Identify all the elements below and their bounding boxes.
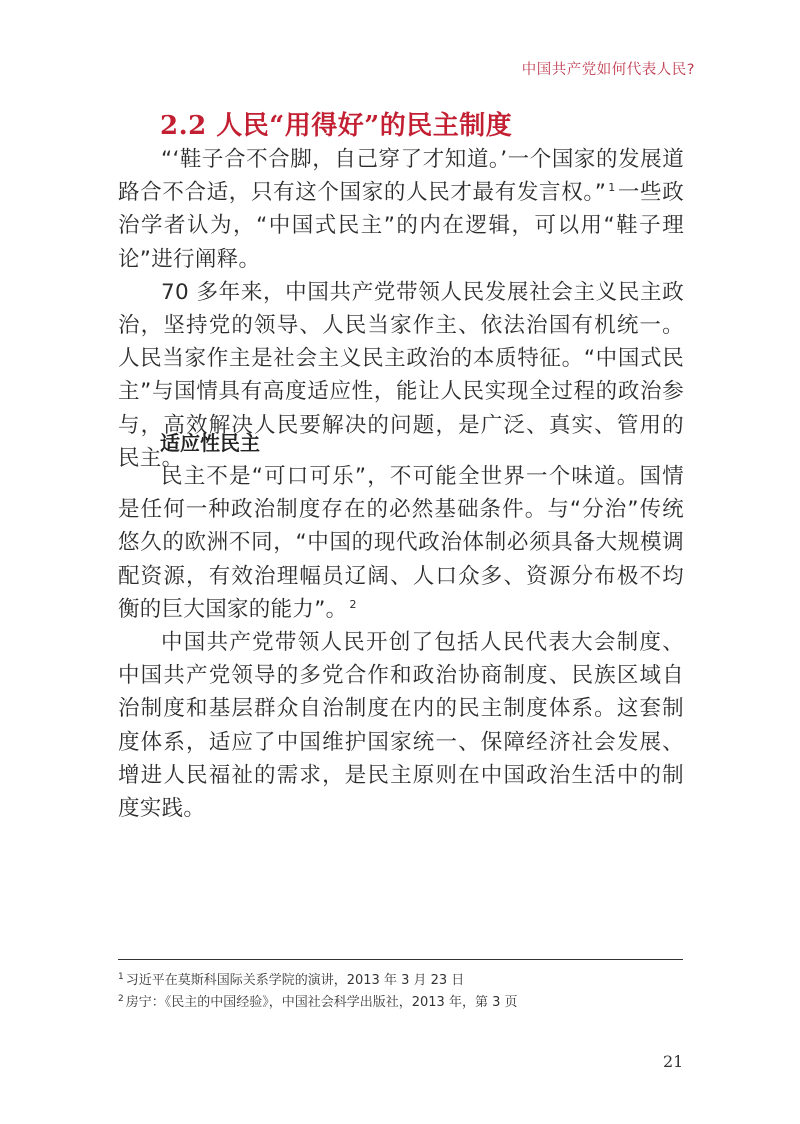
footnote-ref[interactable]: 2: [349, 598, 356, 611]
footnotes: 1习近平在莫斯科国际关系学院的演讲，2013 年 3 月 23 日 2房宁：《民…: [118, 970, 688, 1014]
footnote-number: 1: [118, 972, 124, 982]
running-header: 中国共产党如何代表人民?: [522, 58, 695, 79]
paragraph-text: “‘鞋子合不合脚，自己穿了才知道。’一个国家的发展道路合不合适，只有这个国家的人…: [118, 147, 684, 205]
page-number: 21: [663, 1052, 683, 1071]
footnote-number: 2: [118, 994, 124, 1004]
paragraph-text: 中国共产党带领人民开创了包括人民代表大会制度、中国共产党领导的多党合作和政治协商…: [118, 630, 684, 821]
subsection-body: 民主不是“可口可乐”，不可能全世界一个味道。国情是任何一种政治制度存在的必然基础…: [118, 460, 684, 825]
section-body: “‘鞋子合不合脚，自己穿了才知道。’一个国家的发展道路合不合适，只有这个国家的人…: [118, 143, 684, 475]
section-title: 2.2 人民“用得好”的民主制度: [160, 105, 512, 142]
footnote-2: 2房宁：《民主的中国经验》，中国社会科学出版社，2013 年，第 3 页: [118, 992, 688, 1014]
footnote-text: 习近平在莫斯科国际关系学院的演讲，2013 年 3 月 23 日: [126, 973, 465, 988]
footnote-1: 1习近平在莫斯科国际关系学院的演讲，2013 年 3 月 23 日: [118, 970, 688, 992]
footnote-ref[interactable]: 1: [608, 181, 615, 194]
paragraph: “‘鞋子合不合脚，自己穿了才知道。’一个国家的发展道路合不合适，只有这个国家的人…: [118, 143, 684, 276]
paragraph: 民主不是“可口可乐”，不可能全世界一个味道。国情是任何一种政治制度存在的必然基础…: [118, 460, 684, 626]
footnote-divider: [118, 959, 683, 960]
subsection-heading: 适应性民主: [160, 427, 260, 456]
footnote-text: 房宁：《民主的中国经验》，中国社会科学出版社，2013 年，第 3 页: [126, 995, 518, 1010]
paragraph-text: 民主不是“可口可乐”，不可能全世界一个味道。国情是任何一种政治制度存在的必然基础…: [118, 464, 684, 622]
paragraph: 中国共产党带领人民开创了包括人民代表大会制度、中国共产党领导的多党合作和政治协商…: [118, 626, 684, 825]
